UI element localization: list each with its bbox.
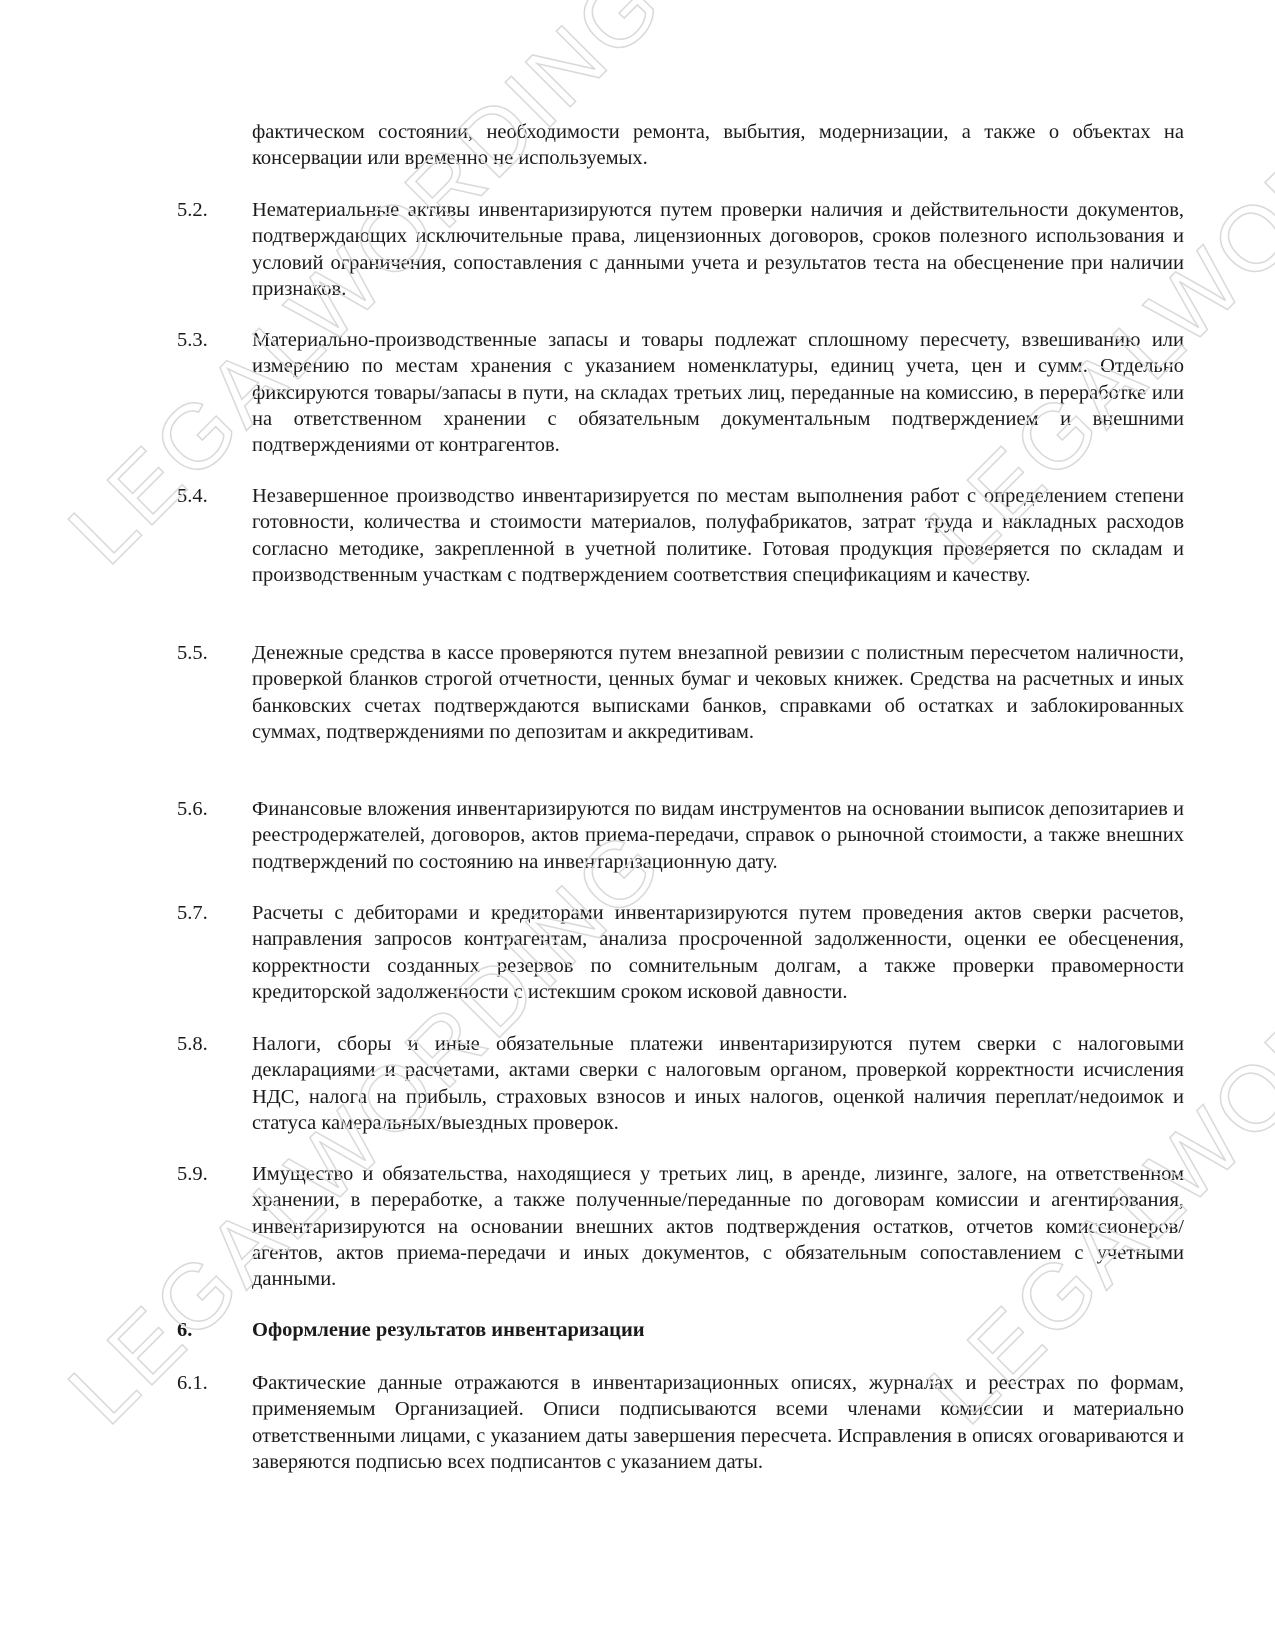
clause-text: Незавершенное производство инвентаризиру…	[252, 483, 1184, 588]
clause-number: 5.3.	[177, 327, 208, 353]
clause-number: 5.5.	[177, 640, 208, 666]
paragraph-text: фактическом состоянии, необходимости рем…	[252, 119, 1184, 172]
clause-text: Фактические данные отражаются в инвентар…	[252, 1370, 1184, 1475]
clause-number: 5.6.	[177, 796, 208, 822]
clause-text: Налоги, сборы и иные обязательные платеж…	[252, 1031, 1184, 1136]
clause-text: Имущество и обязательства, находящиеся у…	[252, 1161, 1184, 1292]
clause-text: Расчеты с дебиторами и кредиторами инвен…	[252, 900, 1184, 1005]
clause-number: 5.4.	[177, 483, 208, 509]
clause-text: Материально-производственные запасы и то…	[252, 327, 1184, 458]
document-page: фактическом состоянии, необходимости рем…	[0, 0, 1275, 1651]
clause-number: 5.9.	[177, 1161, 208, 1187]
clause-text: Нематериальные активы инвентаризируются …	[252, 197, 1184, 302]
section-title: Оформление результатов инвентаризации	[252, 1317, 1184, 1343]
clause-number: 6.1.	[177, 1370, 208, 1396]
section-number: 6.	[177, 1317, 192, 1343]
clause-number: 5.2.	[177, 197, 208, 223]
clause-number: 5.8.	[177, 1031, 208, 1057]
clause-text: Финансовые вложения инвентаризируются по…	[252, 796, 1184, 875]
clause-number: 5.7.	[177, 900, 208, 926]
clause-text: Денежные средства в кассе проверяются пу…	[252, 640, 1184, 745]
